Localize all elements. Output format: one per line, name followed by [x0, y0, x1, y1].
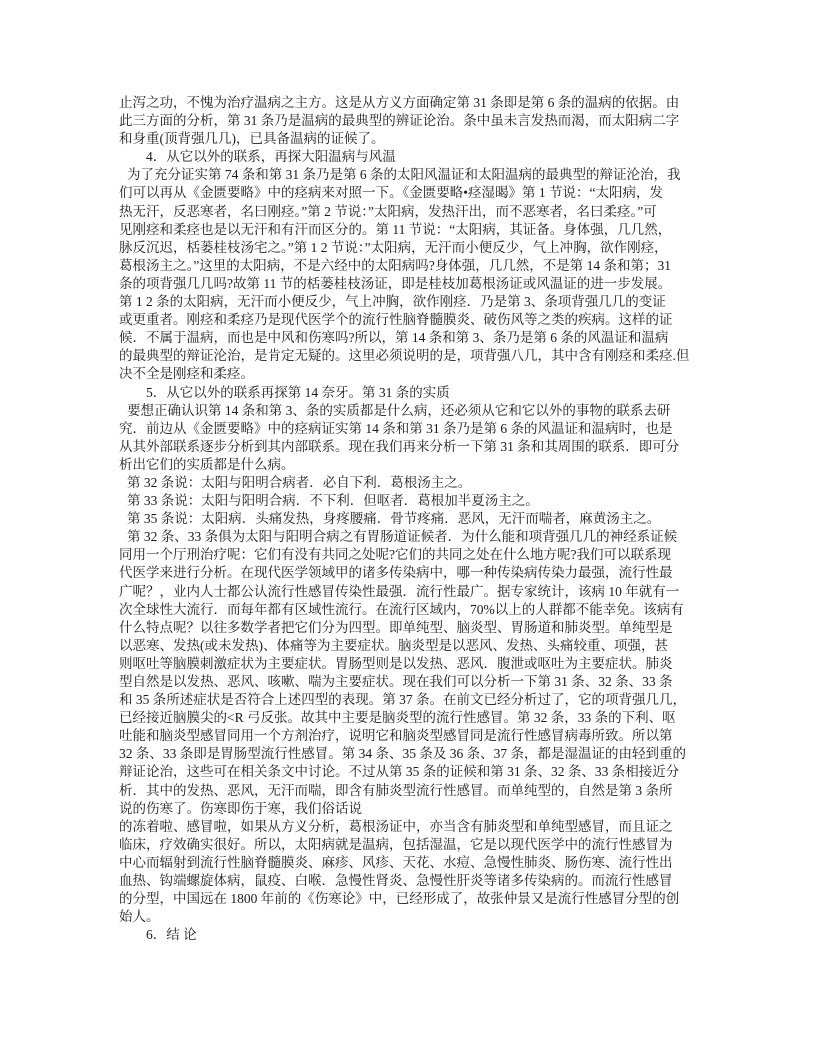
text-line: 辩证论治，这些可在相关条文中讨论。不过从第 35 条的证候和第 31 条、32 … — [119, 763, 709, 781]
text-line: 们可以再从《金匮要略》中的痉病来对照一下。《金匮要略•痉湿暍》第 1 节说：“太… — [119, 184, 709, 202]
document-page: 止泻之功，不愧为治疗温病之主方。这是从方义方面确定第 31 条即是第 6 条的温… — [0, 0, 816, 1056]
text-line: 的分型，中国远在 1800 年前的《伤寒论》中，已经形成了，故张仲景又是流行性感… — [119, 890, 709, 908]
text-line: 以恶寒、发热(或未发热)、体痛等为主要症状。脑炎型是以恶风、发热、头痛较重、项强… — [119, 637, 709, 655]
text-line: 则呕吐等脑膜刺激症状为主要症状。胃肠型则是以发热、恶风．腹泄或呕吐为主要症状。肺… — [119, 655, 709, 673]
text-line: 第 1 2 条的太阳病，无汗而小便反少，气上冲胸，欲作刚痉．乃是第 3、条项背强… — [119, 293, 709, 311]
text-line: 脉反沉迟，栝蒌桂枝汤宅之。”第 1 2 节说：”太阳病，无汗而小便反少，气上冲胸… — [119, 239, 709, 257]
text-line: 从其外部联系逐步分析到其内部联系。现在我们再来分析一下第 31 条和其周围的联系… — [119, 438, 709, 456]
text-line: 吐能和脑炎型感冒同用一个方剂治疗，说明它和脑炎型感冒同是流行性感冒病毒所致。所以… — [119, 727, 709, 745]
text-line: 究．前边从《金匮要略》中的痉病证实第 14 条和第 31 条乃是第 6 条的风温… — [119, 420, 709, 438]
text-line: 32 条、33 条即是胃肠型流行性感冒。第 34 条、35 条及 36 条、37… — [119, 745, 709, 763]
text-line: 说的伤寒了。伤寒即伤于寒，我们俗话说 — [119, 800, 709, 818]
text-line: 代医学来进行分析。在现代医学领域甲的诸多传染病中，哪一种传染病传染力最强，流行性… — [119, 564, 709, 582]
text-line: 候．不属于温病，而也是中风和伤寒吗?所以，第 14 条和第 3、条乃是第 6 条… — [119, 329, 709, 347]
text-line: 什么特点呢？以往多数学者把它们分为四型。即单纯型、脑炎型、胃肠道和肺炎型。单纯型… — [119, 619, 709, 637]
text-line: 葛根汤主之。”这里的太阳病，不是六经中的太阳病吗?身体强，几几然，不是第 14 … — [119, 257, 709, 275]
text-line: 6．结 论 — [119, 926, 709, 944]
text-line: 第 35 条说：太阳病．头痛发热，身疼腰痛．骨节疼痛．恶风，无汗而喘者，麻黄汤主… — [119, 510, 709, 528]
text-block: 止泻之功，不愧为治疗温病之主方。这是从方义方面确定第 31 条即是第 6 条的温… — [119, 94, 709, 944]
text-line: 已经接近脑膜尖的<R 弓反张。故其中主要是脑炎型的流行性感冒。第 32 条，33… — [119, 709, 709, 727]
text-line: 为了充分证实第 74 条和第 31 条乃是第 6 条的太阳风温证和太阳温病的最典… — [119, 166, 709, 184]
text-line: 中心而辐射到流行性脑脊髓膜炎、麻疹、风疹、天花、水痘、急慢性肺炎、肠伤寒、流行性… — [119, 854, 709, 872]
text-line: 要想正确认识第 14 条和第 3、条的实质都是什么病，还必须从它和它以外的事物的… — [119, 402, 709, 420]
text-line: 型自然是以发热、恶风、咳嗽、喘为主要症状。现在我们可以分析一下第 31 条、32… — [119, 673, 709, 691]
text-line: 血热、钩端螺旋体病，鼠疫、白喉．急慢性肾炎、急慢性肝炎等诸多传染病的。而流行性感… — [119, 872, 709, 890]
text-line: 5．从它以外的联系再探第 14 奈牙。第 31 条的实质 — [119, 384, 709, 402]
text-line: 或更重者。刚痉和柔痉乃是现代医学个的流行性脑脊髓膜炎、破伤风等之类的疾病。这样的… — [119, 311, 709, 329]
text-line: 第 32 条说：太阳与阳明合病者．必自下利．葛根汤主之。 — [119, 474, 709, 492]
text-line: 和 35 条所述症状是否符合上述四型的表现。第 37 条。在前文已经分析过了，它… — [119, 691, 709, 709]
text-line: 4．从它以外的联系，再探大阳温病与风温 — [119, 148, 709, 166]
text-line: 热无汗，反恶寒者，名曰刚痉。”第 2 节说：”太阳病，发热汗出，而不恶寒者，名曰… — [119, 203, 709, 221]
text-line: 的冻着啦、感冒啦，如果从方义分析，葛根汤证中，亦当含有肺炎型和单纯型感冒，而且证… — [119, 818, 709, 836]
text-line: 止泻之功，不愧为治疗温病之主方。这是从方义方面确定第 31 条即是第 6 条的温… — [119, 94, 709, 112]
text-line: 条的项背强几几吗?故第 11 节的栝蒌桂枝汤证，即是桂枝加葛根汤证或风温证的进一… — [119, 275, 709, 293]
text-line: 见刚痉和柔痉也是以无汗和有汗而区分的。第 11 节说：“太阳病，其证备。身体强，… — [119, 221, 709, 239]
text-line: 的最典型的辩证沦治，是肯定无疑的。这里必须说明的是，项背强八几，其中含有刚痉和柔… — [119, 347, 709, 365]
text-line: 第 33 条说：太阳与阳明合病．不下利．但呕者．葛根加半夏汤主之。 — [119, 492, 709, 510]
text-line: 同用一个厅刑治疗呢：它们有没有共同之处呢?它们的共同之处在什么地方呢?我们可以联… — [119, 546, 709, 564]
text-line: 广呢？，业内人士都公认流行性感冒传染性最强．流行性最广。据专家统计，该病 10 … — [119, 583, 709, 601]
text-line: 决不全是刚痉和柔痉。 — [119, 365, 709, 383]
text-line: 第 32 条、33 条俱为太阳与阳明合病之有胃肠道证候者．为什么能和项背强几几的… — [119, 528, 709, 546]
text-line: 此三方面的分析，第 31 条乃是温病的最典型的辨证论治。条中虽未言发热而渴，而太… — [119, 112, 709, 130]
text-line: 析．其中的发热、恶风，无汗而喘，即含有肺炎型流行性感冒。而单纯型的，自然是第 3… — [119, 782, 709, 800]
text-line: 临床，疗效确实很好。所以，太阳病就是温病，包括湿温，它是以现代医学中的流行性感冒… — [119, 836, 709, 854]
text-line: 和身重(顶背强几几)，已具备温病的证候了。 — [119, 130, 709, 148]
text-line: 析出它们的实质都是什么病。 — [119, 456, 709, 474]
text-line: 次全球性大流行．而每年都有区域性流行。在流行区域内，70%以上的人群都不能幸免。… — [119, 601, 709, 619]
text-line: 始人。 — [119, 908, 709, 926]
